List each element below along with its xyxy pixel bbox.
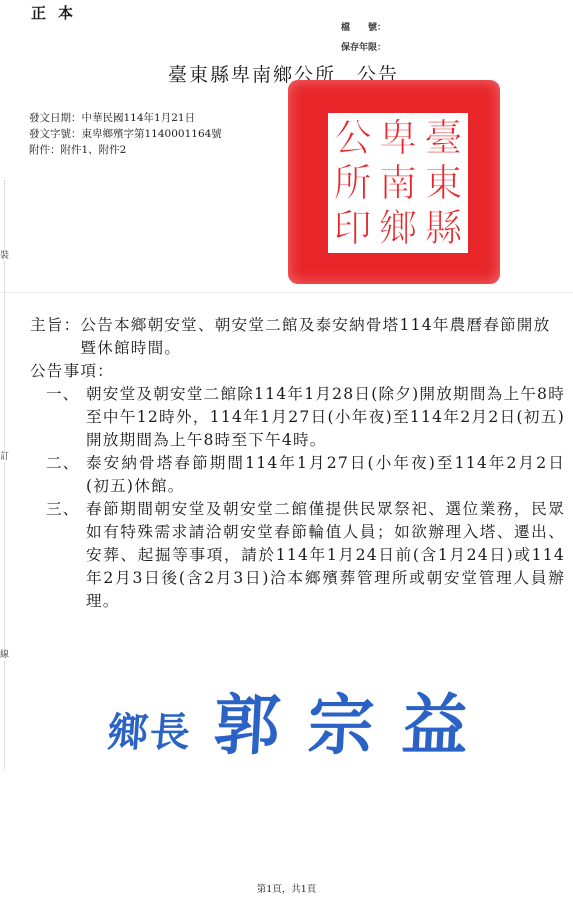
document-number: 發文字號：東卑鄉殯字第1140001164號 <box>29 126 222 142</box>
binding-label-zhuang: 裝 <box>0 251 9 261</box>
seal-char: 南 <box>375 160 420 205</box>
notice-item: 二、 泰安納骨塔春節期間114年1月27日(小年夜)至114年2月2日(初五)休… <box>30 452 565 498</box>
document-body: 主旨： 公告本鄉朝安堂、朝安堂二館及泰安納骨塔114年農曆春節開放暨休館時間。 … <box>30 314 565 613</box>
notice-items-heading: 公告事項： <box>30 360 565 383</box>
retention-label: 保存年限： <box>341 38 386 58</box>
notice-item-number: 二、 <box>46 452 86 498</box>
seal-char: 鄉 <box>375 206 420 251</box>
seal-char: 公 <box>330 115 375 160</box>
document-info: 發文日期：中華民國114年1月21日 發文字號：東卑鄉殯字第1140001164… <box>29 110 222 158</box>
signature-title: 鄉長 <box>106 701 194 758</box>
notice-item-text: 朝安堂及朝安堂二館除114年1月28日(除夕)開放期間為上午8時至中午12時外，… <box>86 383 565 452</box>
seal-char: 縣 <box>421 206 466 251</box>
notice-item-text: 泰安納骨塔春節期間114年1月27日(小年夜)至114年2月2日(初五)休館。 <box>86 452 565 498</box>
notice-item: 三、 春節期間朝安堂及朝安堂二館僅提供民眾祭祀、選位業務，民眾如有特殊需求請洽朝… <box>30 498 565 613</box>
binding-margin-line <box>4 180 5 770</box>
page-indicator: 第1頁，共1頁 <box>0 881 573 895</box>
seal-char: 卑 <box>375 115 420 160</box>
file-number-row: 檔 號： <box>341 18 386 38</box>
signature-name: 郭宗益 <box>212 692 497 758</box>
seal-inner-field: 臺 東 縣 卑 南 鄉 公 所 印 <box>328 113 468 253</box>
binding-label-ding: 訂 <box>0 452 9 462</box>
official-seal-stamp: 臺 東 縣 卑 南 鄉 公 所 印 <box>288 80 500 284</box>
mayor-signature-stamp: 鄉長 郭宗益 <box>108 692 496 758</box>
seal-char: 東 <box>421 160 466 205</box>
notice-item: 一、 朝安堂及朝安堂二館除114年1月28日(除夕)開放期間為上午8時至中午12… <box>30 383 565 452</box>
page-fold-line <box>0 292 573 293</box>
notice-item-text: 春節期間朝安堂及朝安堂二館僅提供民眾祭祀、選位業務，民眾如有特殊需求請洽朝安堂春… <box>86 498 565 613</box>
seal-char: 印 <box>330 206 375 251</box>
archive-info: 檔 號： 保存年限： <box>341 18 386 58</box>
binding-label-xian: 線 <box>0 650 9 660</box>
file-number-label: 檔 號： <box>341 18 386 38</box>
retention-row: 保存年限： <box>341 38 386 58</box>
seal-char: 所 <box>330 160 375 205</box>
notice-item-number: 一、 <box>46 383 86 452</box>
subject-label: 主旨： <box>30 314 80 360</box>
notice-item-number: 三、 <box>46 498 86 613</box>
copy-type-label: 正本 <box>31 2 85 23</box>
attachments: 附件：附件1、附件2 <box>29 142 222 158</box>
seal-char: 臺 <box>421 115 466 160</box>
subject-text: 公告本鄉朝安堂、朝安堂二館及泰安納骨塔114年農曆春節開放暨休館時間。 <box>80 314 565 360</box>
issue-date: 發文日期：中華民國114年1月21日 <box>29 110 222 126</box>
subject-paragraph: 主旨： 公告本鄉朝安堂、朝安堂二館及泰安納骨塔114年農曆春節開放暨休館時間。 <box>30 314 565 360</box>
